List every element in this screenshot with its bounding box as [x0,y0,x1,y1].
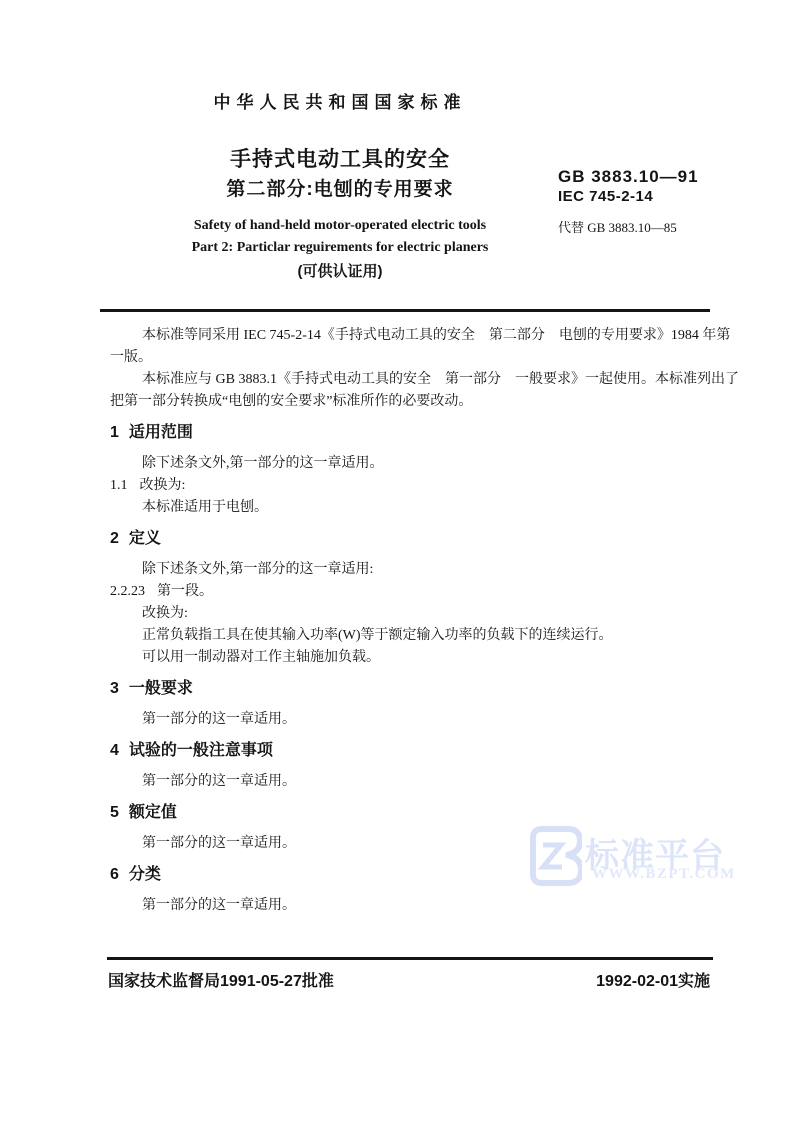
bzpt-logo-icon [528,824,582,888]
section-line: 正常负载指工具在使其输入功率(W)等于额定输入功率的负载下的连续运行。 [110,625,750,647]
header-divider-rule [100,309,710,312]
iec-standard-number: IEC 745-2-14 [558,188,699,205]
section-heading-4: 4试验的一般注意事项 [110,740,750,762]
section-line: 本标准适用于电刨。 [110,497,750,519]
section-title: 试验的一般注意事项 [129,742,273,759]
title-en-line1: Safety of hand-held motor-operated elect… [110,218,570,234]
clause-line: 2.2.23第一段。 [110,581,750,603]
approval-note: 国家技术监督局1991-05-27批准 [108,968,334,991]
section-number: 1 [110,424,119,441]
intro-line: 本标准应与 GB 3883.1《手持式电动工具的安全 第一部分 一般要求》一起使… [110,369,750,391]
standard-kicker: 中华人民共和国国家标准 [110,88,570,113]
document-page: 中华人民共和国国家标准 手持式电动工具的安全 第二部分:电刨的专用要求 Safe… [0,0,800,1133]
clause-number: 1.1 [110,478,128,493]
section-line: 可以用一制动器对工作主轴施加负载。 [110,647,750,669]
intro-line: 本标准等同采用 IEC 745-2-14《手持式电动工具的安全 第二部分 电刨的… [110,325,750,347]
section-title: 一般要求 [129,680,193,697]
section-number: 6 [110,866,119,883]
clause-number: 2.2.23 [110,584,145,599]
section-title: 额定值 [129,804,177,821]
title-cn-line1: 手持式电动工具的安全 [110,143,570,173]
section-line: 第一部分的这一章适用。 [110,895,750,917]
title-en-line2: Part 2: Particlar reguirements for elect… [110,240,570,256]
standard-number-block: GB 3883.10—91 IEC 745-2-14 代替 GB 3883.10… [558,167,699,236]
gb-standard-number: GB 3883.10—91 [558,167,699,187]
section-line: 第一部分的这一章适用。 [110,709,750,731]
clause-line: 1.1改换为: [110,475,750,497]
section-line: 除下述条文外,第一部分的这一章适用。 [110,453,750,475]
section-heading-1: 1适用范围 [110,422,750,444]
section-heading-2: 2定义 [110,528,750,550]
section-line: 除下述条文外,第一部分的这一章适用: [110,559,750,581]
section-line: 第一部分的这一章适用。 [110,771,750,793]
intro-line: 把第一部分转换成“电刨的安全要求”标准所作的必要改动。 [110,391,750,413]
implementation-note: 1992-02-01实施 [596,968,710,991]
intro-line: 一版。 [110,347,750,369]
footer-divider-rule [107,957,713,960]
section-line: 改换为: [110,603,750,625]
section-title: 定义 [129,530,161,547]
section-title: 分类 [129,866,161,883]
section-number: 4 [110,742,119,759]
section-number: 2 [110,530,119,547]
watermark-url: WWW.BZPT.COM [592,866,736,883]
supersedes-note: 代替 GB 3883.10—85 [558,217,699,236]
title-cn-line2: 第二部分:电刨的专用要求 [110,174,570,201]
clause-text: 改换为: [140,478,186,493]
certification-note: (可供认证用) [110,260,570,281]
section-heading-3: 3一般要求 [110,678,750,700]
clause-text: 第一段。 [157,584,213,599]
section-number: 5 [110,804,119,821]
section-heading-5: 5额定值 [110,802,750,824]
section-number: 3 [110,680,119,697]
section-title: 适用范围 [129,424,193,441]
